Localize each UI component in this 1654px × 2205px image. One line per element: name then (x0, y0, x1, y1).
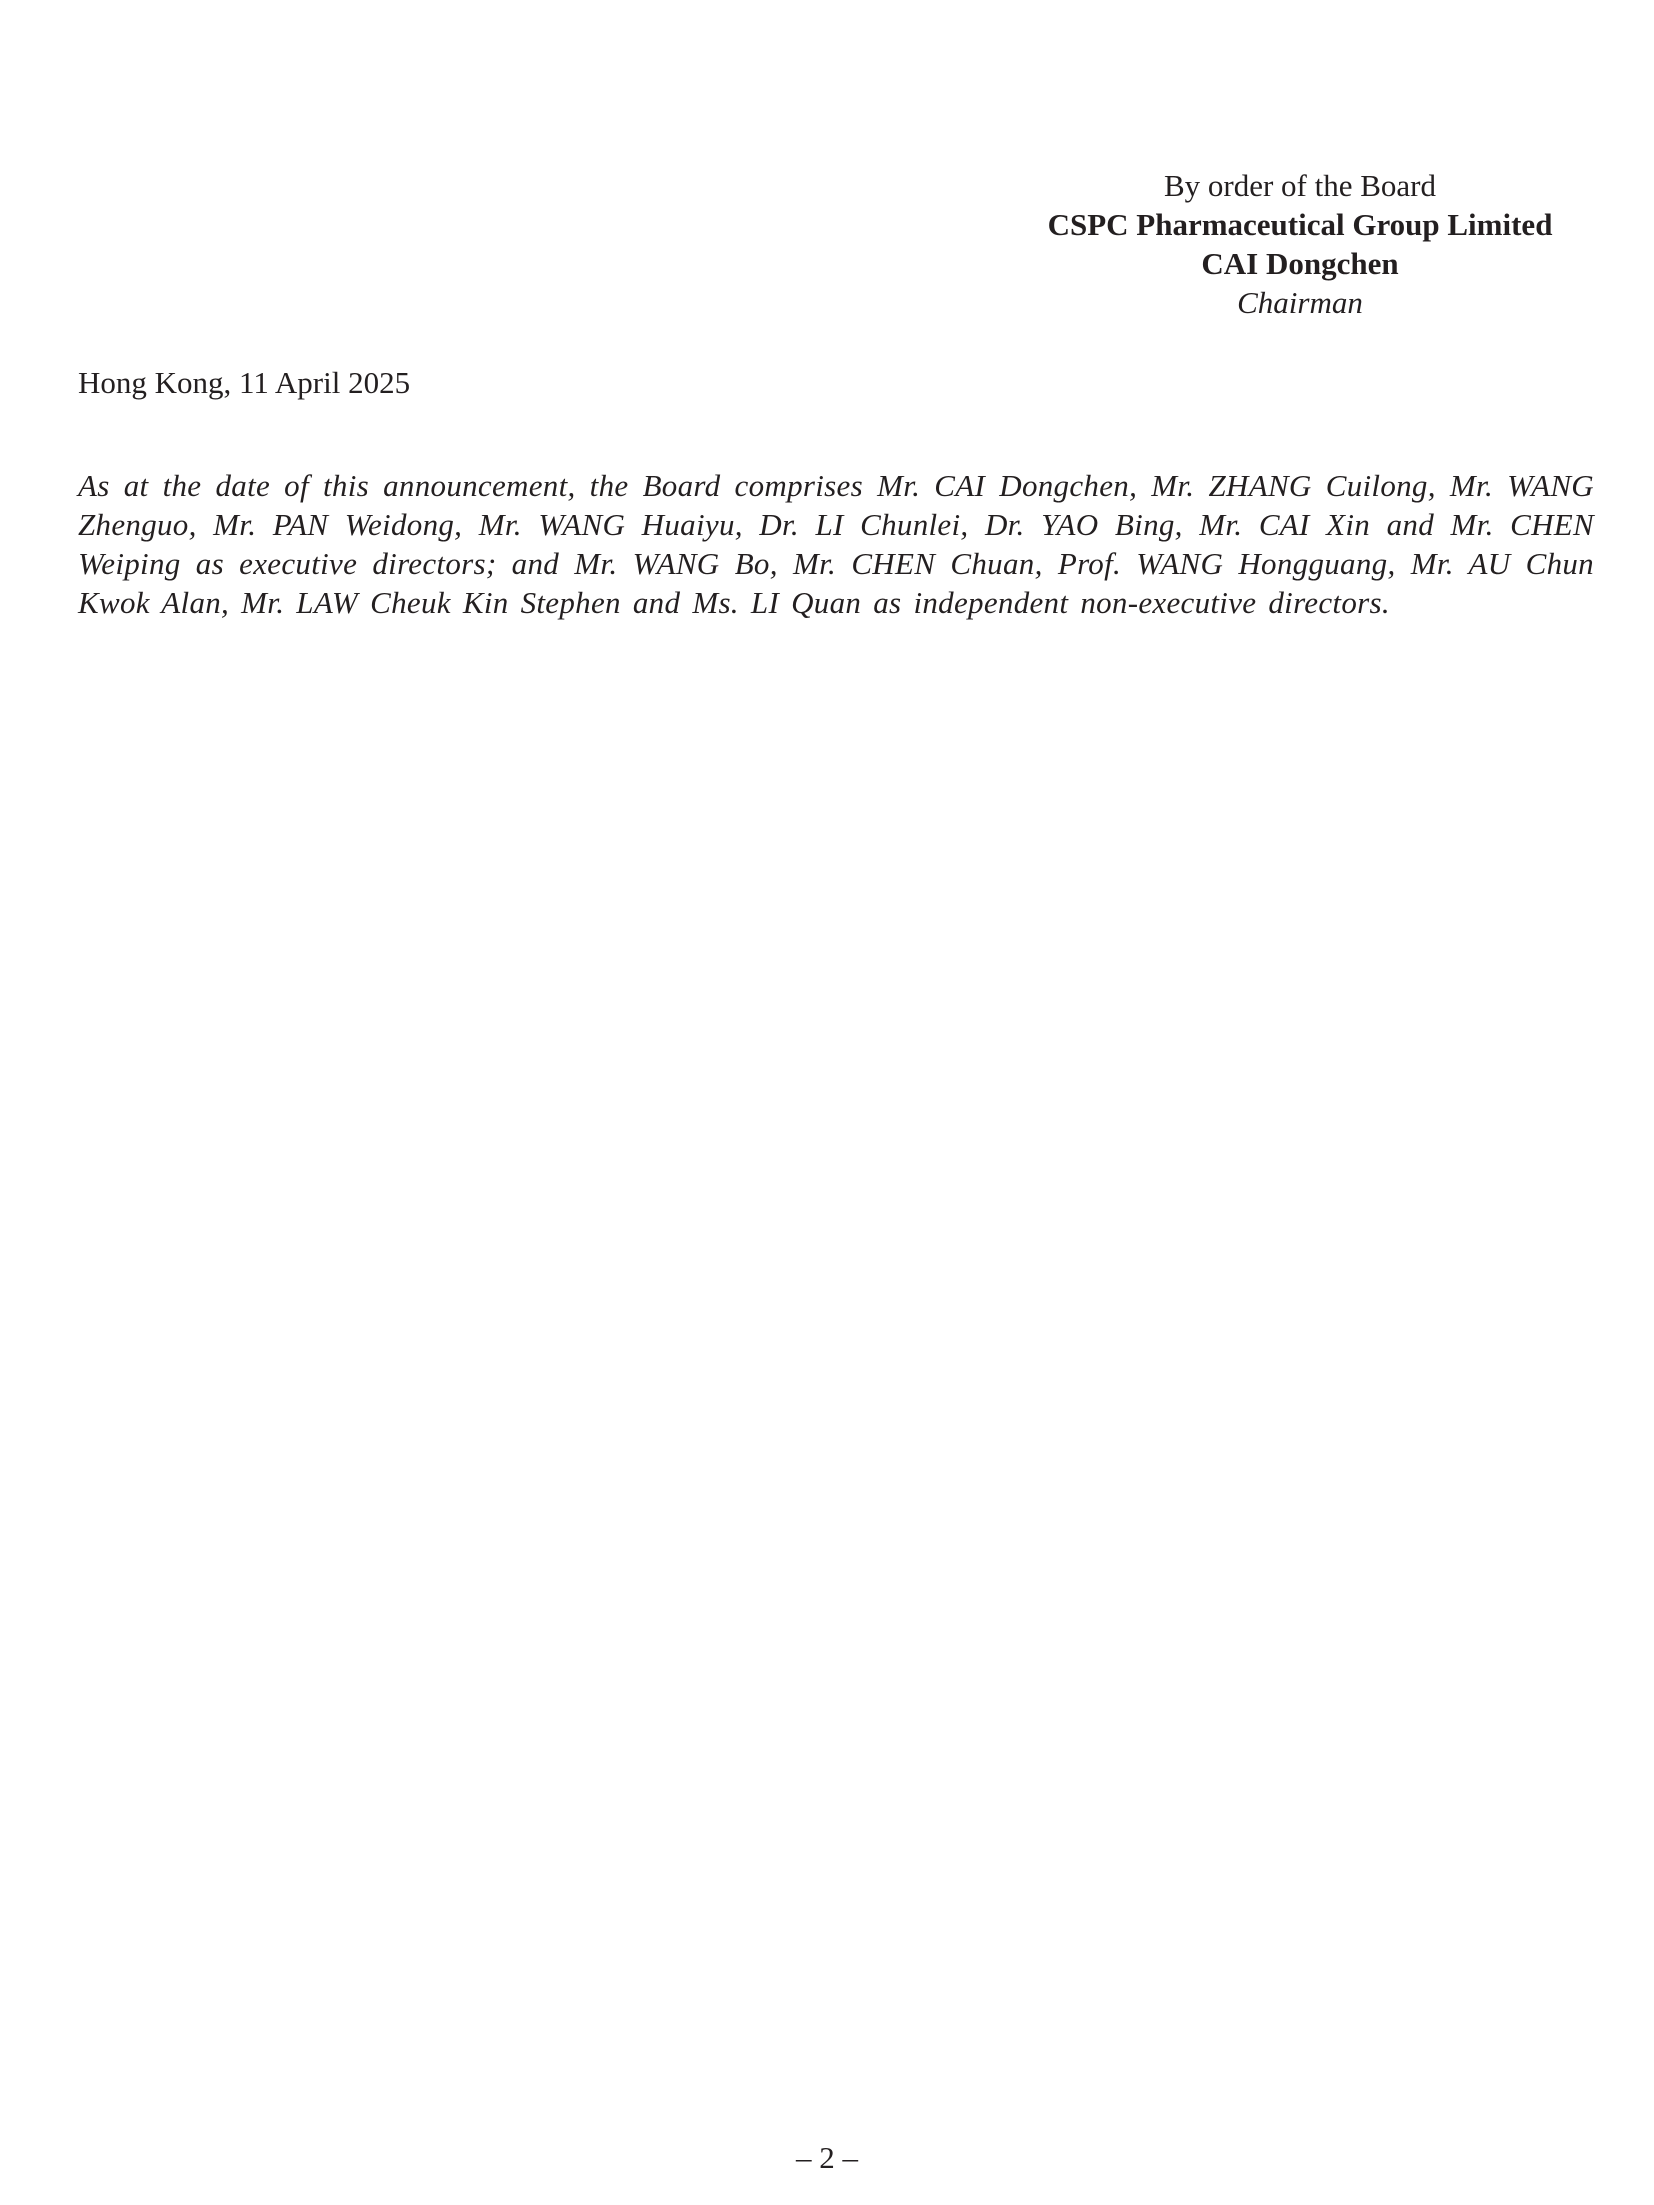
signatory-name: CAI Dongchen (1000, 244, 1600, 283)
page-number: – 2 – (0, 2138, 1654, 2177)
by-order-of-board-line: By order of the Board (1000, 166, 1600, 205)
signature-block: By order of the Board CSPC Pharmaceutica… (1000, 166, 1600, 322)
signatory-title: Chairman (1000, 283, 1600, 322)
place-and-date: Hong Kong, 11 April 2025 (78, 363, 410, 402)
company-name: CSPC Pharmaceutical Group Limited (1000, 205, 1600, 244)
board-composition-paragraph: As at the date of this announcement, the… (78, 466, 1594, 622)
